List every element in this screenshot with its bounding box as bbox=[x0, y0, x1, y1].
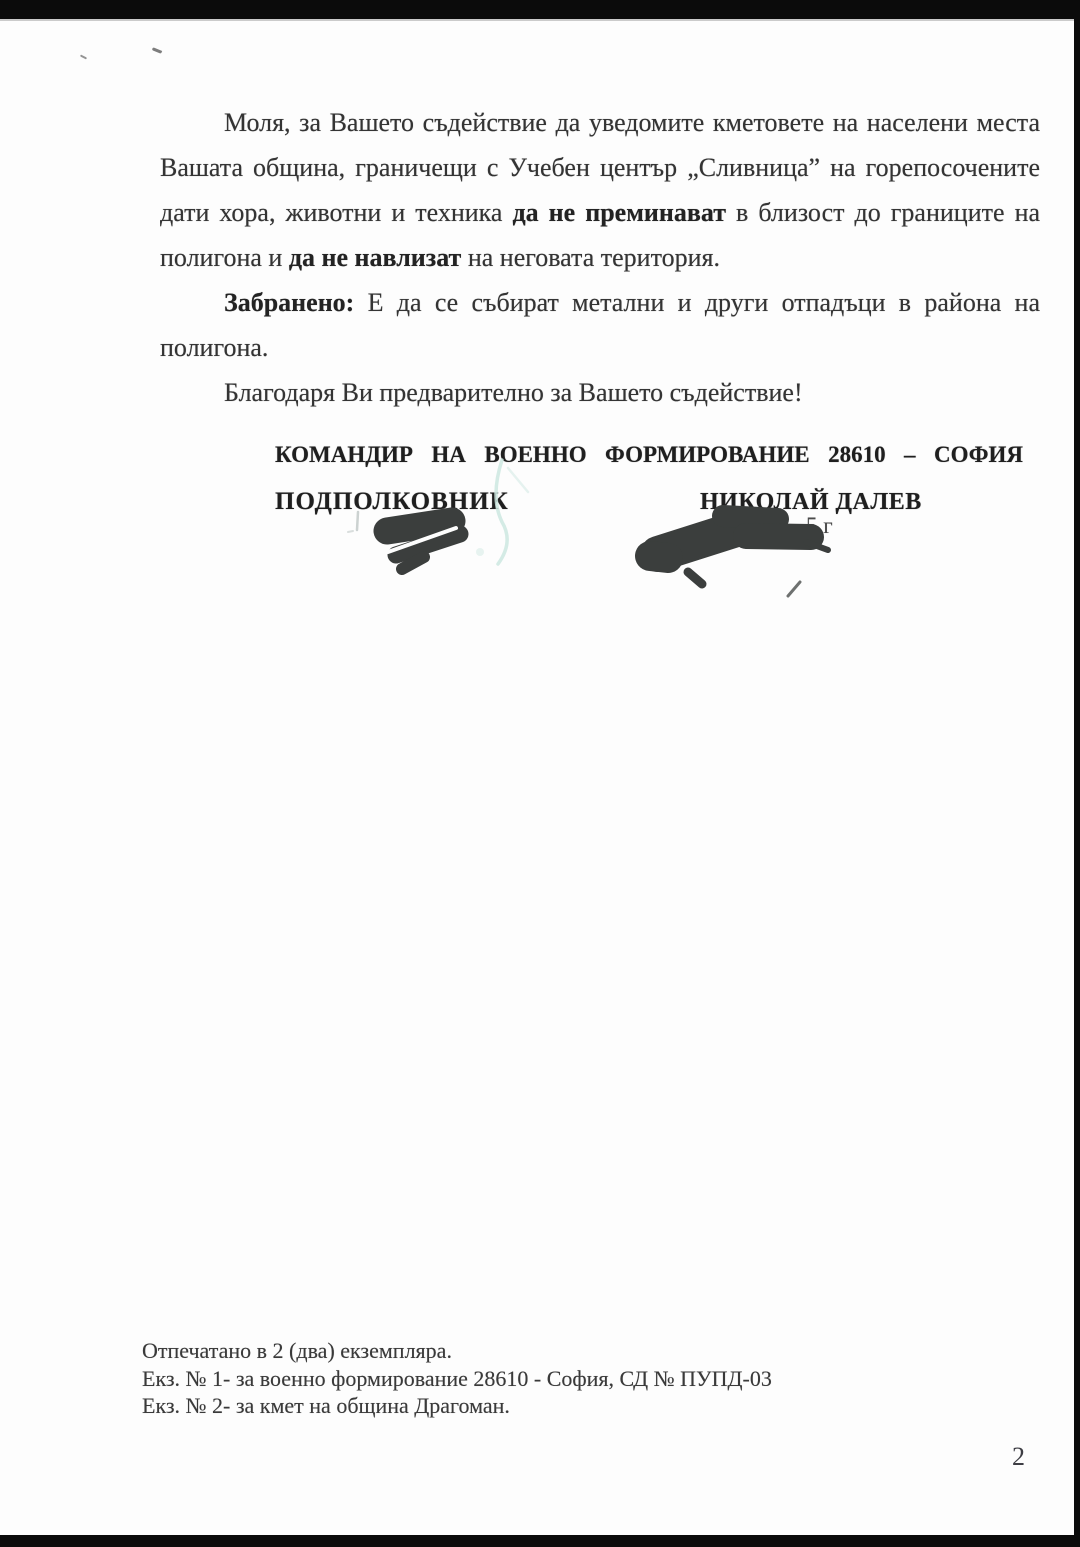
scan-edge-bottom bbox=[0, 1535, 1080, 1547]
footer-line-copy1: Екз. № 1- за военно формирование 28610 -… bbox=[142, 1365, 772, 1393]
scanned-document-page: Моля, за Вашето съдействие да уведомите … bbox=[0, 0, 1080, 1547]
paragraph-1-line: дати хора, животни и техника да не преми… bbox=[160, 190, 1040, 235]
paragraph-3-line: Благодаря Ви предварително за Вашето съд… bbox=[160, 370, 1040, 415]
footer-line-copy2: Екз. № 2- за кмет на община Драгоман. bbox=[142, 1392, 772, 1420]
redaction-mark-right bbox=[628, 492, 840, 602]
paragraph-2-line: Забранено: Е да се събират метални и дру… bbox=[160, 280, 1040, 325]
scan-edge-top bbox=[0, 0, 1080, 19]
footer-line-copies: Отпечатано в 2 (два) екземпляра. bbox=[142, 1337, 772, 1365]
paragraph-1-line: Вашата община, граничещи с Учебен център… bbox=[160, 145, 1040, 190]
commander-title: КОМАНДИР НА ВОЕННО ФОРМИРОВАНИЕ 28610 – … bbox=[275, 442, 1023, 484]
paragraph-1-line: Моля, за Вашето съдействие да уведомите … bbox=[160, 100, 1040, 145]
bold-phrase: да не навлизат bbox=[289, 243, 461, 272]
bold-phrase: Забранено: bbox=[224, 288, 354, 317]
distribution-list: Отпечатано в 2 (два) екземпляра. Екз. № … bbox=[142, 1337, 772, 1420]
letter-body: Моля, за Вашето съдействие да уведомите … bbox=[160, 100, 1040, 415]
scan-speck bbox=[80, 54, 87, 59]
bold-phrase: да не преминават bbox=[512, 198, 726, 227]
scan-speck bbox=[152, 47, 162, 54]
scan-edge-right bbox=[1074, 0, 1080, 1547]
page-number: 2 bbox=[1012, 1442, 1025, 1472]
redaction-mark-left bbox=[360, 498, 490, 588]
paragraph-1-line: полигона и да не навлизат на неговата те… bbox=[160, 235, 1040, 280]
paragraph-2-line: полигона. bbox=[160, 325, 1040, 370]
